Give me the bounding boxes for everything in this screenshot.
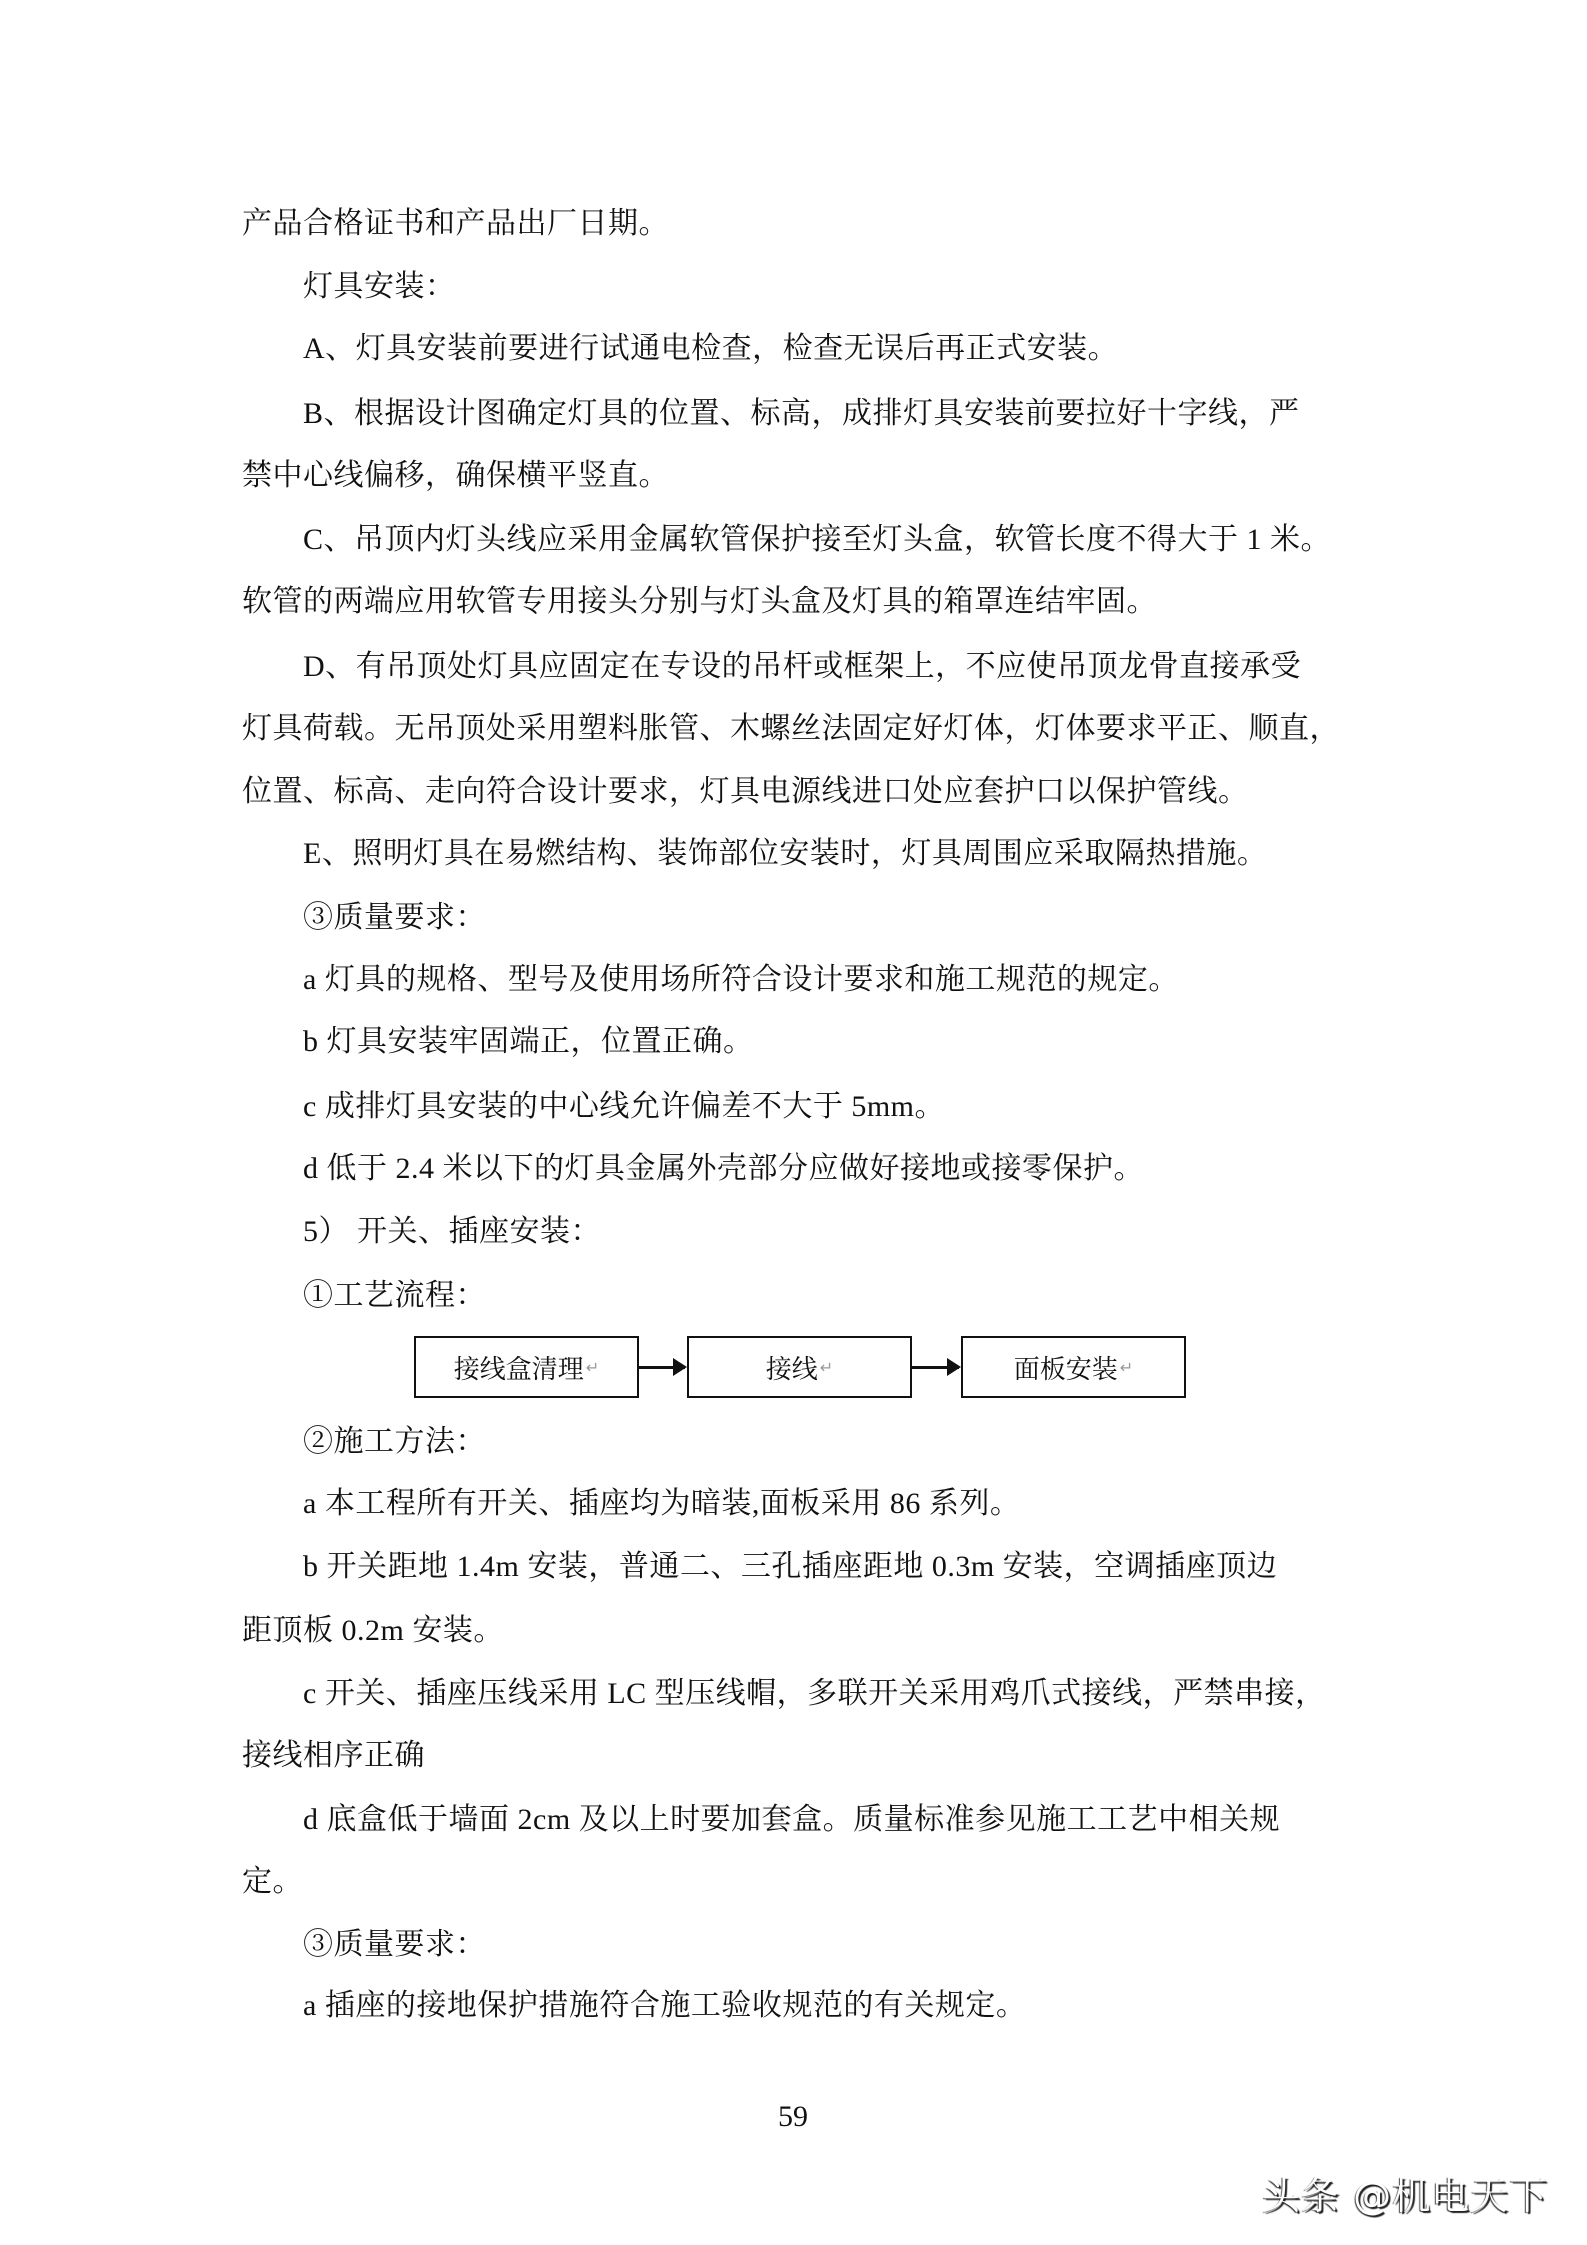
process-flowchart: 接线盒清理↵ 接线↵ 面板安装↵	[414, 1336, 1186, 1400]
watermark: 头条 @机电天下	[1262, 2165, 1548, 2220]
flow-step-label: 接线	[766, 1349, 818, 1386]
text-line: ③质量要求：	[303, 1927, 486, 1963]
text-line: d 底盒低于墙面 2cm 及以上时要加套盒。质量标准参见施工工艺中相关规	[303, 1802, 1280, 1838]
paragraph-mark-icon: ↵	[820, 1358, 833, 1377]
text-line: 灯具安装：	[303, 269, 456, 305]
text-line: b 灯具安装牢固端正，位置正确。	[303, 1024, 754, 1060]
flow-step-wiring: 接线↵	[687, 1336, 912, 1398]
text-line: 距顶板 0.2m 安装。	[242, 1613, 504, 1649]
text-line: 位置、标高、走向符合设计要求，灯具电源线进口处应套护口以保护管线。	[242, 774, 1249, 810]
text-line: A、灯具安装前要进行试通电检查，检查无误后再正式安装。	[303, 331, 1118, 367]
text-line: 禁中心线偏移，确保横平竖直。	[242, 458, 669, 494]
flow-step-junction-box-cleaning: 接线盒清理↵	[414, 1336, 639, 1398]
text-line: c 成排灯具安装的中心线允许偏差不大于 5mm。	[303, 1089, 945, 1125]
text-line: ③质量要求：	[303, 900, 486, 936]
text-line: b 开关距地 1.4m 安装，普通二、三孔插座距地 0.3m 安装，空调插座顶边	[303, 1549, 1277, 1585]
text-line: a 本工程所有开关、插座均为暗装,面板采用 86 系列。	[303, 1486, 1020, 1522]
text-line: C、吊顶内灯头线应采用金属软管保护接至灯头盒，软管长度不得大于 1 米。	[303, 522, 1331, 558]
paragraph-mark-icon: ↵	[586, 1358, 599, 1377]
text-line: E、照明灯具在易燃结构、装饰部位安装时，灯具周围应采取隔热措施。	[303, 836, 1267, 872]
text-line: 灯具荷载。无吊顶处采用塑料胀管、木螺丝法固定好灯体，灯体要求平正、顺直，	[242, 711, 1340, 747]
flow-step-panel-installation: 面板安装↵	[961, 1336, 1186, 1398]
text-line: 接线相序正确	[242, 1738, 425, 1774]
text-line: 定。	[242, 1864, 303, 1900]
text-line: B、根据设计图确定灯具的位置、标高，成排灯具安装前要拉好十字线，严	[303, 396, 1300, 432]
text-line: a 插座的接地保护措施符合施工验收规范的有关规定。	[303, 1988, 1026, 2024]
text-line: ①工艺流程：	[303, 1278, 486, 1314]
flow-step-label: 接线盒清理	[454, 1349, 584, 1386]
text-line: 5） 开关、插座安装：	[303, 1214, 601, 1250]
page-number: 59	[778, 2100, 808, 2134]
text-line: 产品合格证书和产品出厂日期。	[242, 206, 669, 242]
text-line: d 低于 2.4 米以下的灯具金属外壳部分应做好接地或接零保护。	[303, 1151, 1144, 1187]
text-line: c 开关、插座压线采用 LC 型压线帽，多联开关采用鸡爪式接线，严禁串接，	[303, 1676, 1326, 1712]
text-line: a 灯具的规格、型号及使用场所符合设计要求和施工规范的规定。	[303, 962, 1179, 998]
arrow-right-icon	[912, 1366, 959, 1369]
text-line: 软管的两端应用软管专用接头分别与灯头盒及灯具的箱罩连结牢固。	[242, 584, 1157, 620]
paragraph-mark-icon: ↵	[1120, 1358, 1133, 1377]
text-line: ②施工方法：	[303, 1424, 486, 1460]
flow-step-label: 面板安装	[1014, 1349, 1118, 1386]
text-line: D、有吊顶处灯具应固定在专设的吊杆或框架上，不应使吊顶龙骨直接承受	[303, 649, 1301, 685]
arrow-right-icon	[639, 1366, 685, 1369]
